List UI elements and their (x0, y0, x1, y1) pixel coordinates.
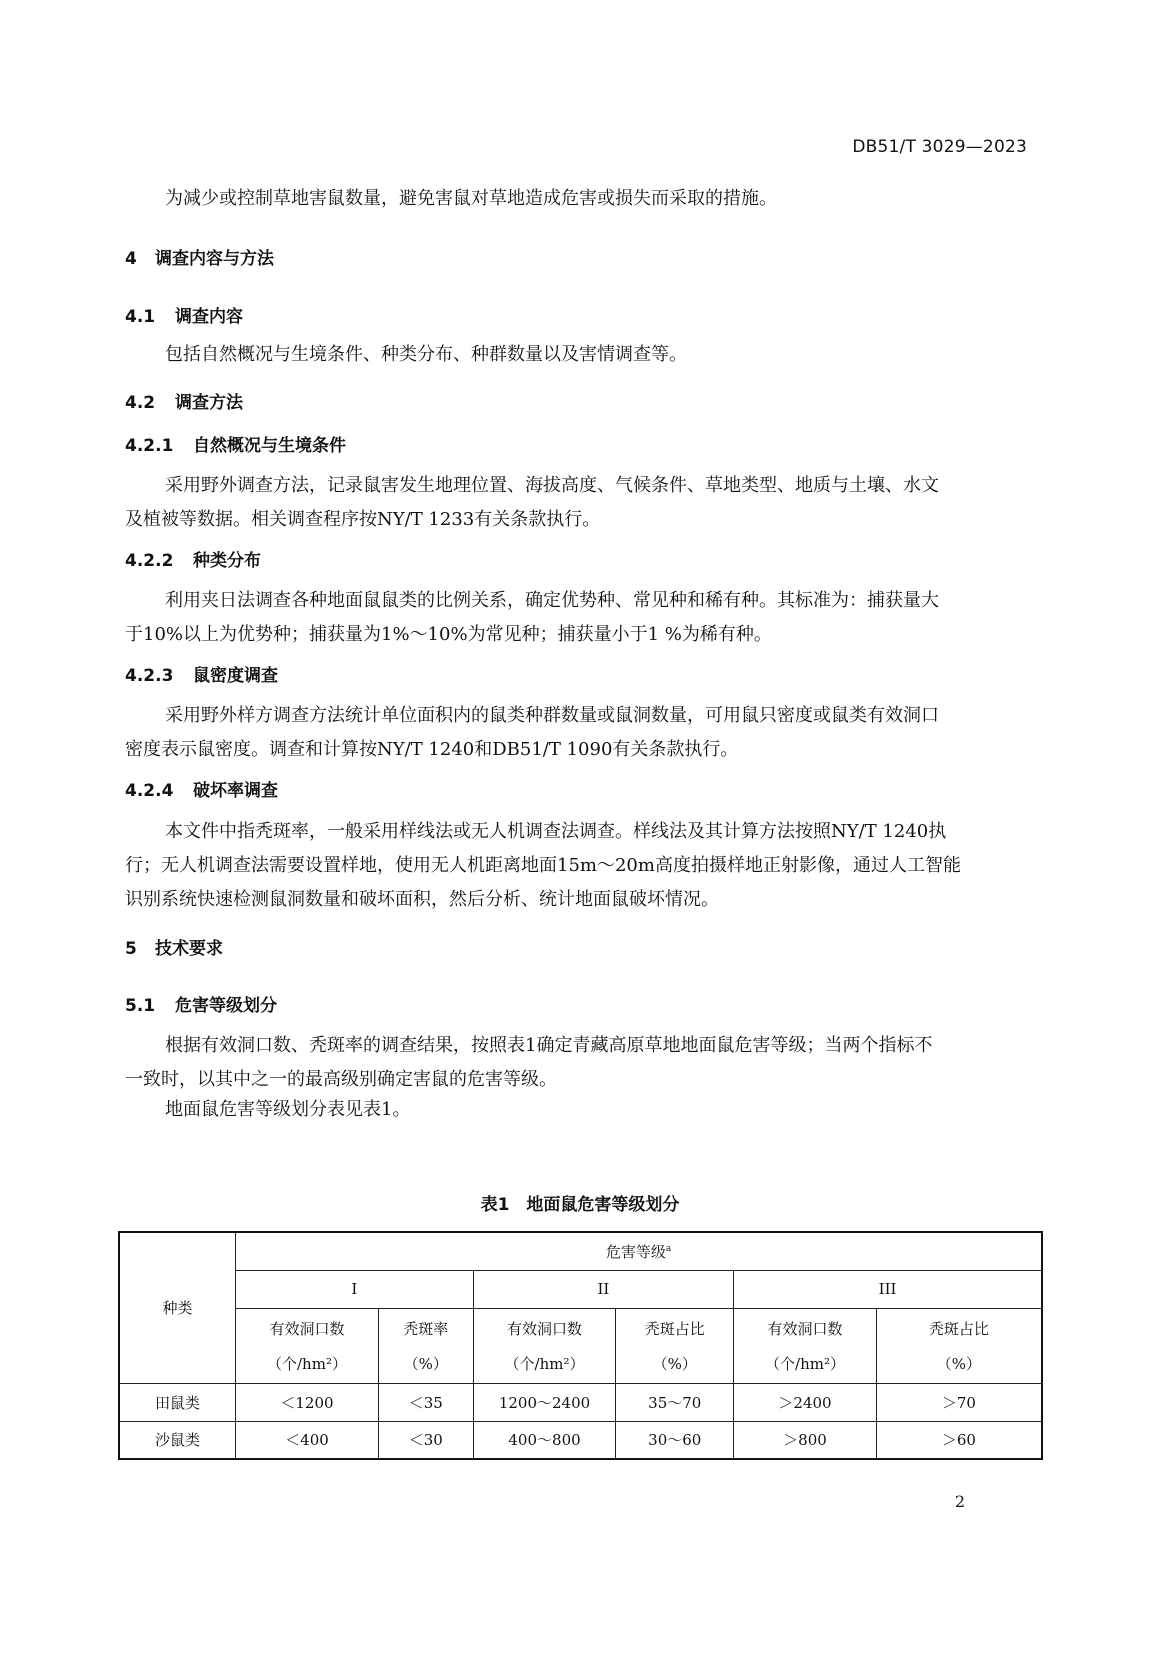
column-header: 秃斑占比（%） (876, 1308, 1042, 1383)
section-4-2-4-line-3: 识别系统快速检测鼠洞数量和破坏面积，然后分析、统计地面鼠破坏情况。 (125, 883, 719, 917)
species-cell: 田鼠类 (119, 1383, 236, 1421)
section-4-2-3-line-1: 采用野外样方调查方法统计单位面积内的鼠类种群数量或鼠洞数量，可用鼠只密度或鼠类有… (165, 699, 939, 733)
section-title: 鼠密度调查 (193, 666, 278, 686)
section-title: 危害等级划分 (175, 996, 277, 1016)
value-cell: ＜35 (378, 1383, 473, 1421)
section-number: 5 (125, 939, 155, 959)
value-cell: ＞60 (876, 1421, 1042, 1459)
table-row: 沙鼠类 ＜400 ＜30 400～800 30～60 ＞800 ＞60 (119, 1421, 1042, 1459)
section-number: 4 (125, 249, 155, 269)
section-4-2-1-line-2: 及植被等数据。相关调查程序按NY/T 1233有关条款执行。 (125, 503, 600, 537)
value-cell: 35～70 (616, 1383, 734, 1421)
section-5-1-heading: 5.1危害等级划分 (125, 991, 277, 1016)
section-number: 5.1 (125, 996, 175, 1016)
section-title: 技术要求 (155, 939, 223, 959)
value-cell: ＜30 (378, 1421, 473, 1459)
document-code: DB51/T 3029—2023 (852, 137, 1027, 157)
section-4-2-3-line-2: 密度表示鼠密度。调查和计算按NY/T 1240和DB51/T 1090有关条款执… (125, 733, 738, 767)
value-cell: 1200～2400 (473, 1383, 616, 1421)
section-number: 4.2.1 (125, 436, 193, 456)
section-4-2-4-heading: 4.2.4破坏率调查 (125, 776, 278, 801)
section-4-1-text: 包括自然概况与生境条件、种类分布、种群数量以及害情调查等。 (165, 338, 687, 372)
species-cell: 沙鼠类 (119, 1421, 236, 1459)
intro-paragraph: 为减少或控制草地害鼠数量，避免害鼠对草地造成危害或损失而采取的措施。 (165, 182, 777, 216)
section-4-2-1-heading: 4.2.1自然概况与生境条件 (125, 431, 346, 456)
section-5-1-line-3: 地面鼠危害等级划分表见表1。 (165, 1093, 410, 1127)
section-title: 调查方法 (175, 393, 243, 413)
section-number: 4.2.4 (125, 781, 193, 801)
value-cell: 400～800 (473, 1421, 616, 1459)
column-header: 秃斑占比（%） (616, 1308, 734, 1383)
section-title: 调查内容 (175, 307, 243, 327)
section-4-2-3-heading: 4.2.3鼠密度调查 (125, 661, 278, 686)
column-header: 有效洞口数（个/hm²） (236, 1308, 379, 1383)
section-title: 自然概况与生境条件 (193, 436, 346, 456)
footnote-mark: a (666, 1244, 671, 1254)
value-cell: ＜1200 (236, 1383, 379, 1421)
page-number: 2 (955, 1492, 965, 1511)
section-4-heading: 4调查内容与方法 (125, 244, 274, 269)
section-4-2-heading: 4.2调查方法 (125, 388, 243, 413)
section-4-2-2-line-2: 于10%以上为优势种；捕获量为1%～10%为常见种；捕获量小于1 %为稀有种。 (125, 618, 772, 652)
value-cell: ＞800 (734, 1421, 877, 1459)
section-4-2-4-line-1: 本文件中指秃斑率，一般采用样线法或无人机调查法调查。样线法及其计算方法按照NY/… (165, 815, 946, 849)
species-header: 种类 (119, 1232, 236, 1383)
section-5-1-line-1: 根据有效洞口数、秃斑率的调查结果，按照表1确定青藏高原草地地面鼠危害等级；当两个… (165, 1029, 932, 1063)
section-4-1-heading: 4.1调查内容 (125, 302, 243, 327)
hazard-grade-table: 种类 危害等级a I II III 有效洞口数（个/hm²） 秃斑率（%） 有效… (118, 1231, 1043, 1460)
section-number: 4.2.2 (125, 551, 193, 571)
column-header: 有效洞口数（个/hm²） (734, 1308, 877, 1383)
section-4-2-2-line-1: 利用夹日法调查各种地面鼠鼠类的比例关系，确定优势种、常见种和稀有种。其标准为：捕… (165, 584, 939, 618)
section-title: 调查内容与方法 (155, 249, 274, 269)
section-4-2-2-heading: 4.2.2种类分布 (125, 546, 261, 571)
section-title: 破坏率调查 (193, 781, 278, 801)
value-cell: ＞70 (876, 1383, 1042, 1421)
level-2-header: II (473, 1270, 733, 1308)
section-5-1-line-2: 一致时，以其中之一的最高级别确定害鼠的危害等级。 (125, 1063, 557, 1097)
table-row: 田鼠类 ＜1200 ＜35 1200～2400 35～70 ＞2400 ＞70 (119, 1383, 1042, 1421)
section-number: 4.1 (125, 307, 175, 327)
value-cell: ＞2400 (734, 1383, 877, 1421)
grade-header: 危害等级a (236, 1232, 1042, 1270)
section-number: 4.2 (125, 393, 175, 413)
level-3-header: III (734, 1270, 1042, 1308)
column-header: 秃斑率（%） (378, 1308, 473, 1383)
section-4-2-4-line-2: 行；无人机调查法需要设置样地，使用无人机距离地面15m～20m高度拍摄样地正射影… (125, 849, 961, 883)
value-cell: 30～60 (616, 1421, 734, 1459)
section-5-heading: 5技术要求 (125, 934, 223, 959)
level-1-header: I (236, 1270, 474, 1308)
section-title: 种类分布 (193, 551, 261, 571)
column-header: 有效洞口数（个/hm²） (473, 1308, 616, 1383)
section-4-2-1-line-1: 采用野外调查方法，记录鼠害发生地理位置、海拔高度、气候条件、草地类型、地质与土壤… (165, 469, 939, 503)
table-caption: 表1 地面鼠危害等级划分 (0, 1190, 1160, 1215)
value-cell: ＜400 (236, 1421, 379, 1459)
section-number: 4.2.3 (125, 666, 193, 686)
